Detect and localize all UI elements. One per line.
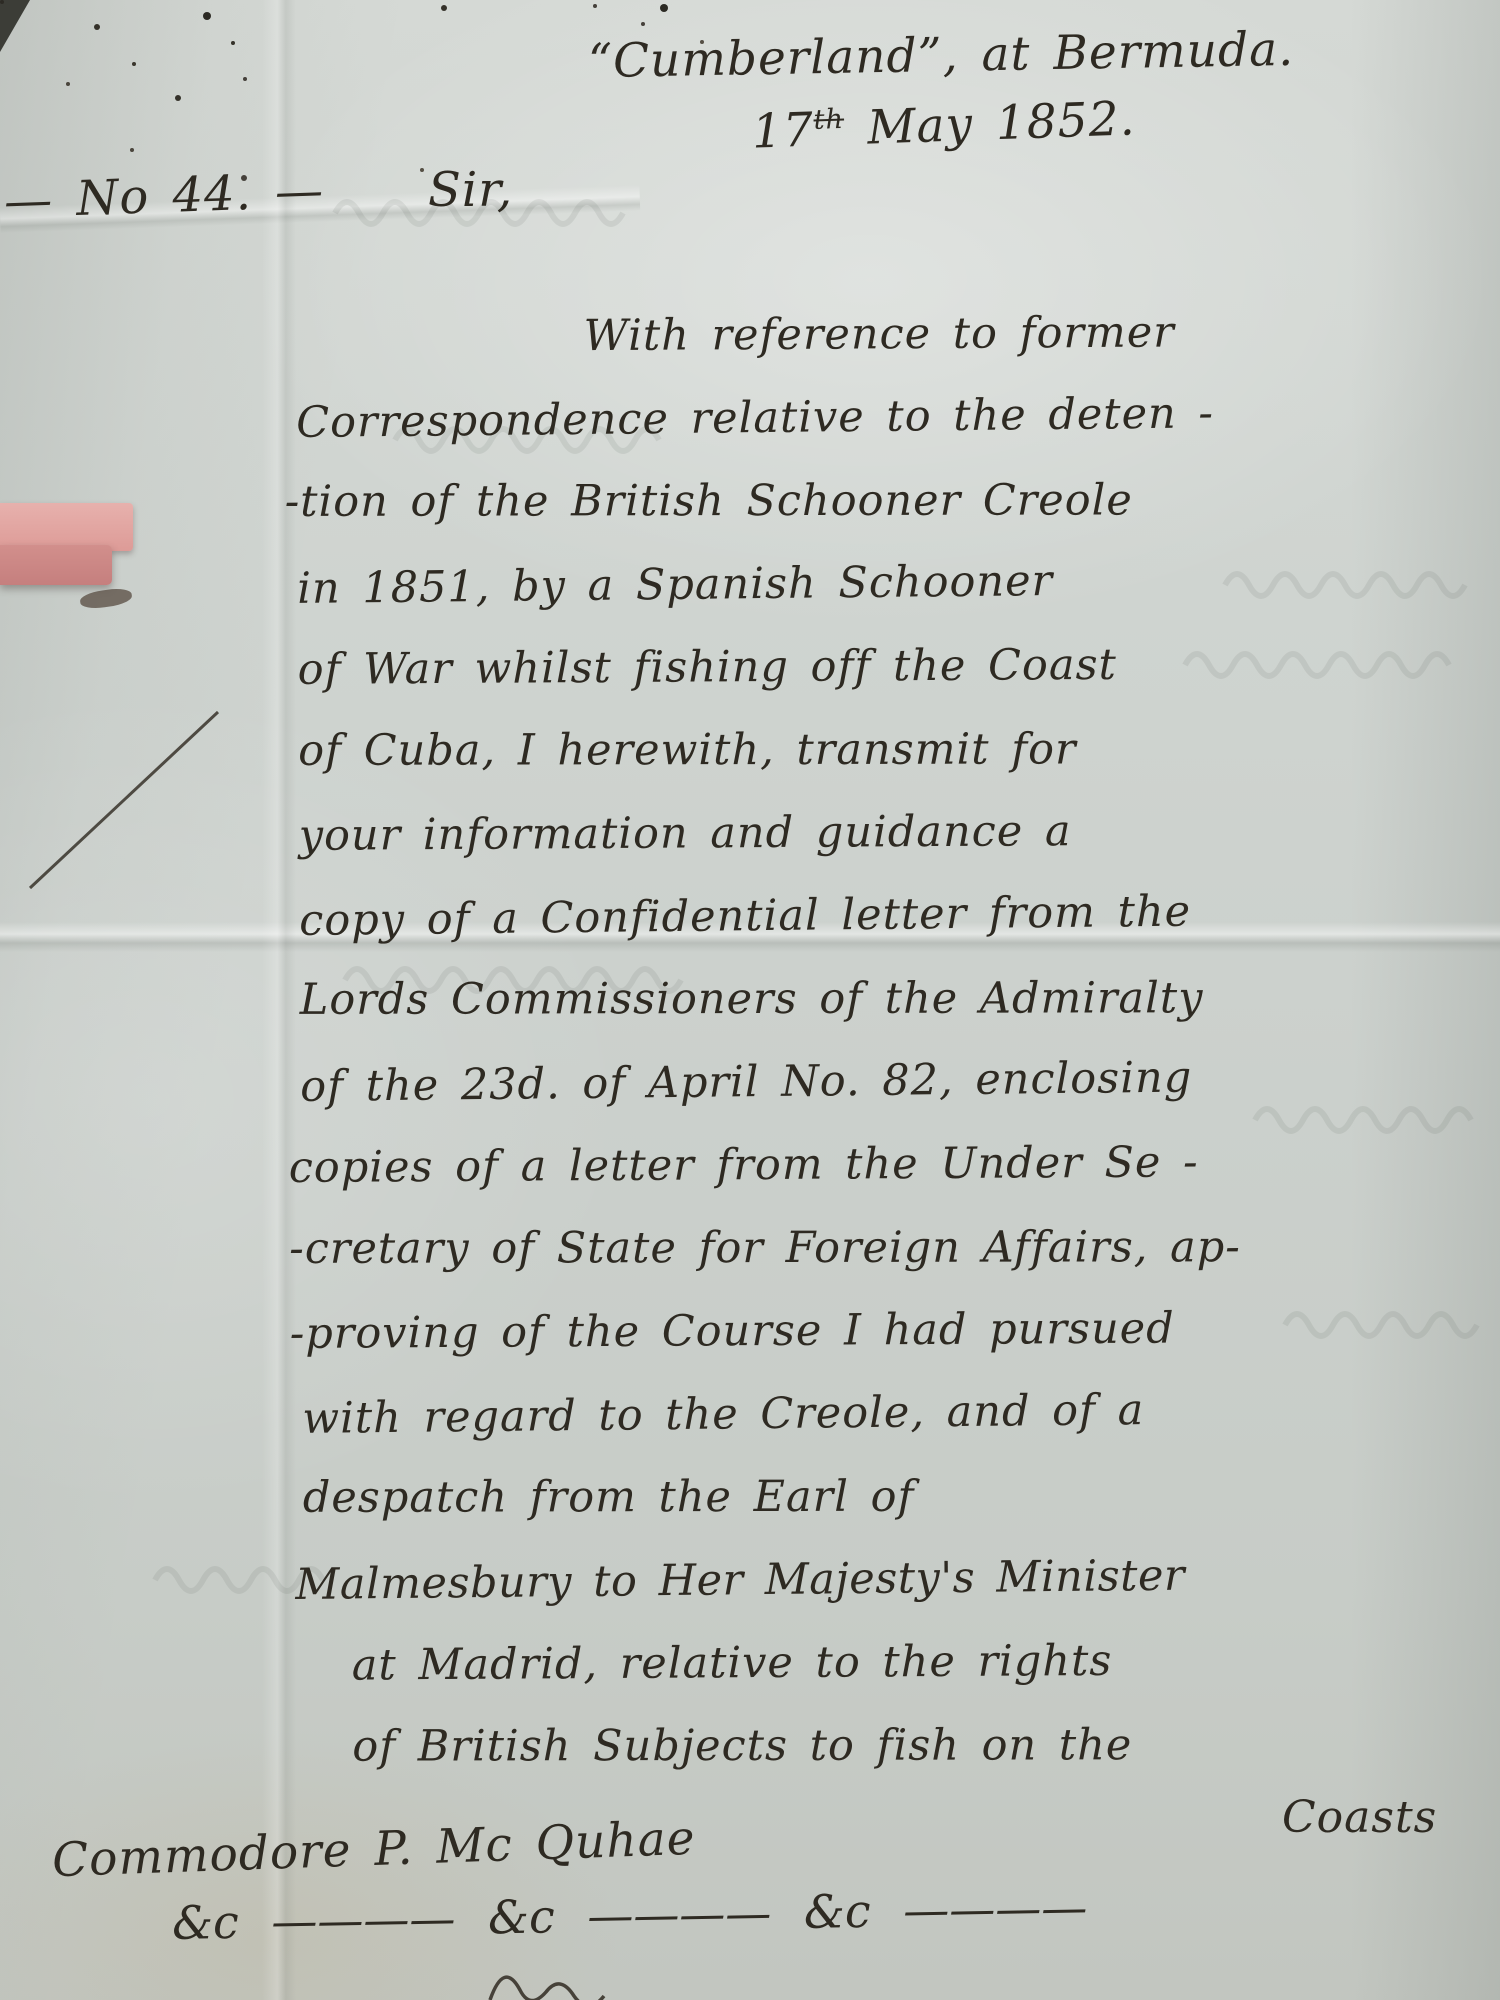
manuscript-line: despatch from the Earl of — [303, 1455, 1243, 1540]
manuscript-line: of Cuba, I herewith, transmit for — [298, 708, 1238, 793]
catchword: Coasts — [1282, 1792, 1437, 1843]
cutoff-writing — [470, 1962, 730, 2000]
manuscript-page: “Cumberland”, at Bermuda. 17th May 1852.… — [0, 0, 1500, 2000]
addressee-line: Commodore P. Mc Quhae — [51, 1811, 696, 1888]
header-place-line: “Cumberland”, at Bermuda. — [588, 22, 1295, 89]
manuscript-line: of the 23d. of April No. 82, enclosing — [300, 1036, 1240, 1129]
pink-ribbon-fold — [0, 545, 112, 585]
manuscript-line: With reference to former — [295, 291, 1235, 380]
manuscript-line: with regard to the Creole, and of a — [302, 1368, 1242, 1461]
manuscript-line: your information and guidance a — [298, 789, 1238, 878]
manuscript-line: Correspondence relative to the deten - — [296, 372, 1236, 465]
ghost-writing — [1250, 1095, 1500, 1135]
manuscript-line: at Madrid, relative to the rights — [352, 1619, 1244, 1707]
salutation: Sir, — [428, 162, 513, 218]
ghost-writing — [1220, 560, 1500, 600]
date-day: 17 — [751, 103, 815, 160]
manuscript-line: -cretary of State for Foreign Affairs, a… — [289, 1206, 1241, 1291]
manuscript-line: Malmesbury to Her Majesty's Minister — [295, 1534, 1243, 1627]
manuscript-line: of War whilst fishing off the Coast — [297, 623, 1237, 712]
corner-stain — [0, 0, 30, 52]
ghost-writing — [1280, 1300, 1500, 1340]
header-date-line: 17th May 1852. — [751, 91, 1136, 159]
paper-tear — [79, 586, 133, 610]
manuscript-line: -proving of the Course I had pursued — [290, 1287, 1242, 1376]
date-ordinal: th — [813, 104, 845, 136]
etcetera-line: &c ———— &c ———— &c ———— — [172, 1880, 1088, 1950]
manuscript-line: Lords Commissioners of the Admiralty — [300, 957, 1240, 1042]
manuscript-line: copies of a letter from the Under Se - — [289, 1121, 1241, 1210]
manuscript-line: of British Subjects to fish on the — [352, 1704, 1244, 1789]
letter-body: With reference to former Correspondence … — [295, 291, 1244, 1791]
manuscript-line: in 1851, by a Spanish Schooner — [297, 538, 1237, 631]
letter-number: — No 44. — — [3, 162, 325, 229]
ink-speckles — [0, 0, 4, 4]
margin-slash-mark — [0, 690, 260, 910]
pink-ribbon — [0, 503, 133, 551]
paper-crease — [262, 0, 296, 2000]
date-rest: May 1852. — [843, 91, 1136, 156]
manuscript-line: -tion of the British Schooner Creole — [285, 459, 1237, 544]
manuscript-line: copy of a Confidential letter from the — [299, 870, 1239, 963]
